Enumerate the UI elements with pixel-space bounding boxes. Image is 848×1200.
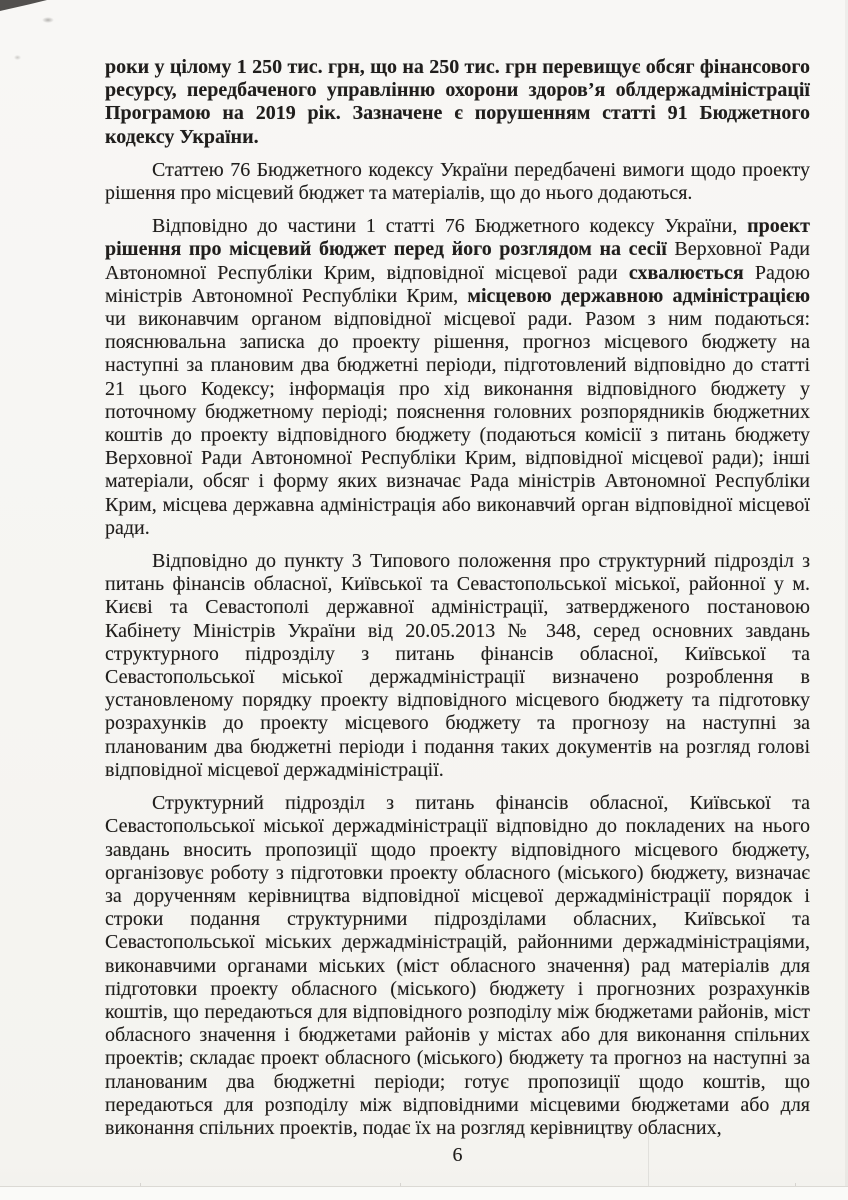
paragraph: Статтею 76 Бюджетного кодексу України пе… — [105, 159, 810, 205]
paragraph: Структурний підрозділ з питань фінансів … — [105, 792, 810, 1140]
text-run-bold: місцевою державною адміністрацією — [467, 285, 810, 307]
paragraph: Відповідно до пункту 3 Типового положенн… — [105, 550, 810, 782]
paragraph: роки у цілому 1 250 тис. грн, що на 250 … — [105, 56, 810, 149]
scanned-document-page: роки у цілому 1 250 тис. грн, що на 250 … — [0, 0, 848, 1200]
text-run: Структурний підрозділ з питань фінансів … — [105, 792, 810, 1139]
page-number: 6 — [105, 1144, 810, 1167]
scan-corner-artifact — [0, 0, 47, 11]
text-run: Відповідно до частини 1 статті 76 Бюджет… — [152, 215, 747, 237]
scan-smudge — [42, 17, 54, 23]
scanner-bottom-edge — [0, 1186, 848, 1200]
document-body: роки у цілому 1 250 тис. грн, що на 250 … — [105, 56, 810, 1167]
text-run: чи виконавчим органом відповідної місцев… — [105, 308, 810, 539]
text-run-bold: схвалюється — [629, 262, 744, 284]
text-run: Статтею 76 Бюджетного кодексу України пе… — [105, 159, 810, 204]
text-run-bold: роки у цілому 1 250 тис. грн, що на 250 … — [105, 56, 810, 148]
scan-crease-artifact — [648, 1128, 649, 1186]
paragraph: Відповідно до частини 1 статті 76 Бюджет… — [105, 215, 810, 540]
text-run: Відповідно до пункту 3 Типового положенн… — [105, 550, 810, 781]
scan-smudge — [14, 55, 21, 60]
